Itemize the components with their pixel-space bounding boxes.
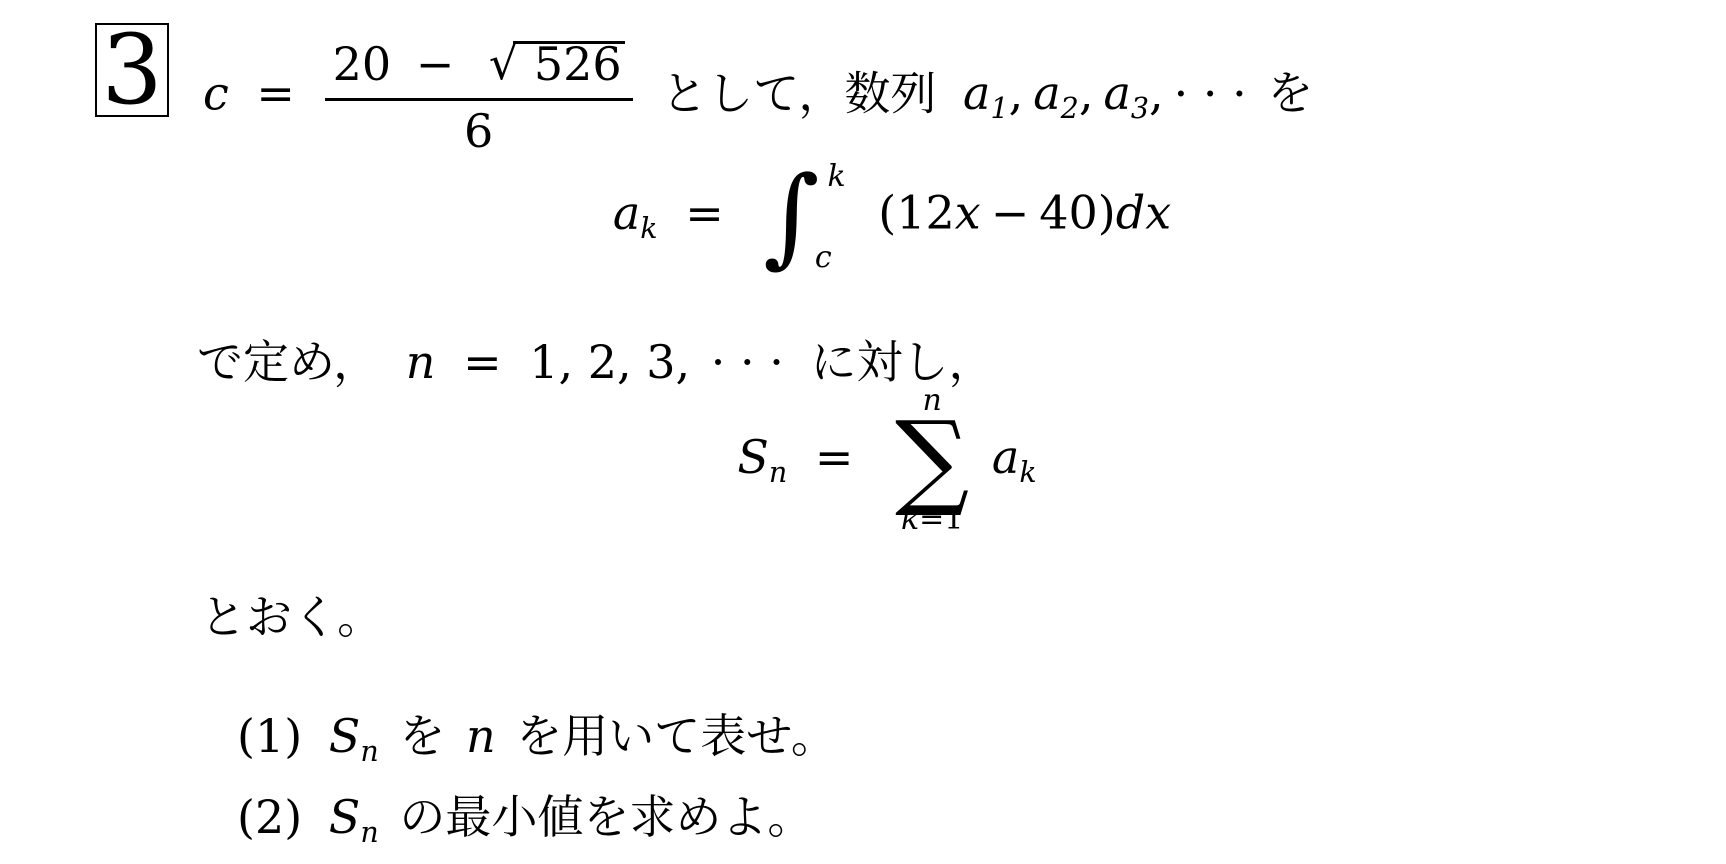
comma: , bbox=[1079, 66, 1094, 120]
cdots: · · · bbox=[711, 335, 784, 389]
var-n: n bbox=[406, 335, 436, 389]
intro-text-wo: を bbox=[1267, 66, 1313, 120]
subscript-n: n bbox=[360, 816, 378, 849]
cdots: · · · bbox=[1174, 66, 1247, 120]
integrand-close: 40) bbox=[1039, 186, 1115, 240]
display-equation-ak: ak = ∫ k c (12x−40)dx bbox=[613, 168, 1171, 265]
problem-number: 3 bbox=[101, 22, 162, 118]
sum-with-limits: n ∑ k=1 bbox=[895, 384, 969, 538]
integrand-open: (12 bbox=[878, 186, 954, 240]
values-list: 1, 2, 3, bbox=[529, 335, 690, 389]
radical-icon: √ bbox=[489, 36, 518, 90]
var-a: a bbox=[613, 186, 640, 240]
comma: , bbox=[1009, 66, 1024, 120]
define-tail-jp: に対し， bbox=[811, 335, 995, 389]
term-S-n: Sn bbox=[737, 430, 787, 484]
var-a: a bbox=[992, 430, 1019, 484]
var-x: x bbox=[955, 186, 981, 240]
numerator-20: 20 bbox=[333, 37, 392, 91]
term-S-n: Sn bbox=[329, 790, 379, 844]
fraction: 20 − √ 526 6 bbox=[325, 38, 633, 156]
term-a-k: ak bbox=[992, 430, 1037, 484]
question-1-jp-rest: を用いて表せ。 bbox=[516, 709, 837, 763]
equals-sign: = bbox=[685, 186, 724, 240]
sqrt-expression: √ 526 bbox=[489, 38, 625, 91]
question-1: (1) Sn を n を用いて表せ。 bbox=[237, 700, 837, 766]
intro-line: c = 20 − √ 526 6 として，数列 a1,a2,a3,· · · を bbox=[203, 38, 1313, 156]
minus-icon: − bbox=[991, 186, 1030, 240]
integral-with-limits: ∫ k c bbox=[763, 168, 819, 265]
display-equation-sn: Sn = n ∑ k=1 ak bbox=[737, 384, 1036, 538]
subscript-2: 2 bbox=[1061, 92, 1079, 125]
integral-lower-limit: c bbox=[815, 243, 832, 273]
closing-line: とおく。 bbox=[200, 581, 383, 647]
integral-icon: ∫ bbox=[763, 168, 819, 265]
intro-text-jp: として，数列 bbox=[661, 66, 936, 120]
question-2-jp-rest: の最小値を求めよ。 bbox=[399, 790, 813, 844]
term-a-k: ak bbox=[613, 186, 658, 240]
equals-sign: = bbox=[463, 335, 502, 389]
comma: , bbox=[1149, 66, 1164, 120]
var-S: S bbox=[329, 790, 361, 844]
sequence-term-3: a3 bbox=[1103, 66, 1149, 120]
subscript-k: k bbox=[1019, 456, 1036, 489]
minus-icon: − bbox=[416, 37, 455, 91]
question-1-label: (1) bbox=[237, 709, 302, 763]
question-2-label: (2) bbox=[237, 790, 302, 844]
sqrt-overline bbox=[513, 41, 625, 44]
term-S-n: Sn bbox=[329, 709, 379, 763]
radicand: 526 bbox=[533, 37, 625, 91]
var-n: n bbox=[466, 709, 496, 763]
equals-sign: = bbox=[256, 66, 295, 120]
subscript-n: n bbox=[360, 735, 378, 768]
var-S: S bbox=[329, 709, 361, 763]
question-2: (2) Sn の最小値を求めよ。 bbox=[237, 781, 813, 847]
closing-text-jp: とおく。 bbox=[200, 590, 383, 644]
problem-number-box: 3 bbox=[95, 23, 169, 117]
subscript-n: n bbox=[769, 456, 787, 489]
equals-sign: = bbox=[815, 430, 854, 484]
sigma-icon: ∑ bbox=[895, 417, 969, 502]
var-c: c bbox=[203, 66, 229, 120]
question-1-jp-wo: を bbox=[399, 709, 445, 763]
differential-dx: dx bbox=[1116, 186, 1171, 240]
integral-upper-limit: k bbox=[827, 162, 845, 192]
subscript-1: 1 bbox=[990, 92, 1008, 125]
subscript-3: 3 bbox=[1131, 92, 1149, 125]
sum-lower-limit: k=1 bbox=[901, 502, 963, 538]
sequence-term-2: a2 bbox=[1033, 66, 1079, 120]
fraction-numerator: 20 − √ 526 bbox=[325, 38, 633, 101]
define-line: で定め， n = 1, 2, 3, · · · に対し， bbox=[197, 326, 995, 392]
sequence-term-1: a1 bbox=[963, 66, 1009, 120]
define-text-jp: で定め， bbox=[197, 335, 379, 389]
var-S: S bbox=[737, 430, 769, 484]
subscript-k: k bbox=[640, 212, 657, 245]
exam-problem-page: 3 c = 20 − √ 526 6 として，数列 a1,a2,a3,· · ·… bbox=[0, 0, 1726, 864]
fraction-denominator: 6 bbox=[325, 101, 633, 157]
